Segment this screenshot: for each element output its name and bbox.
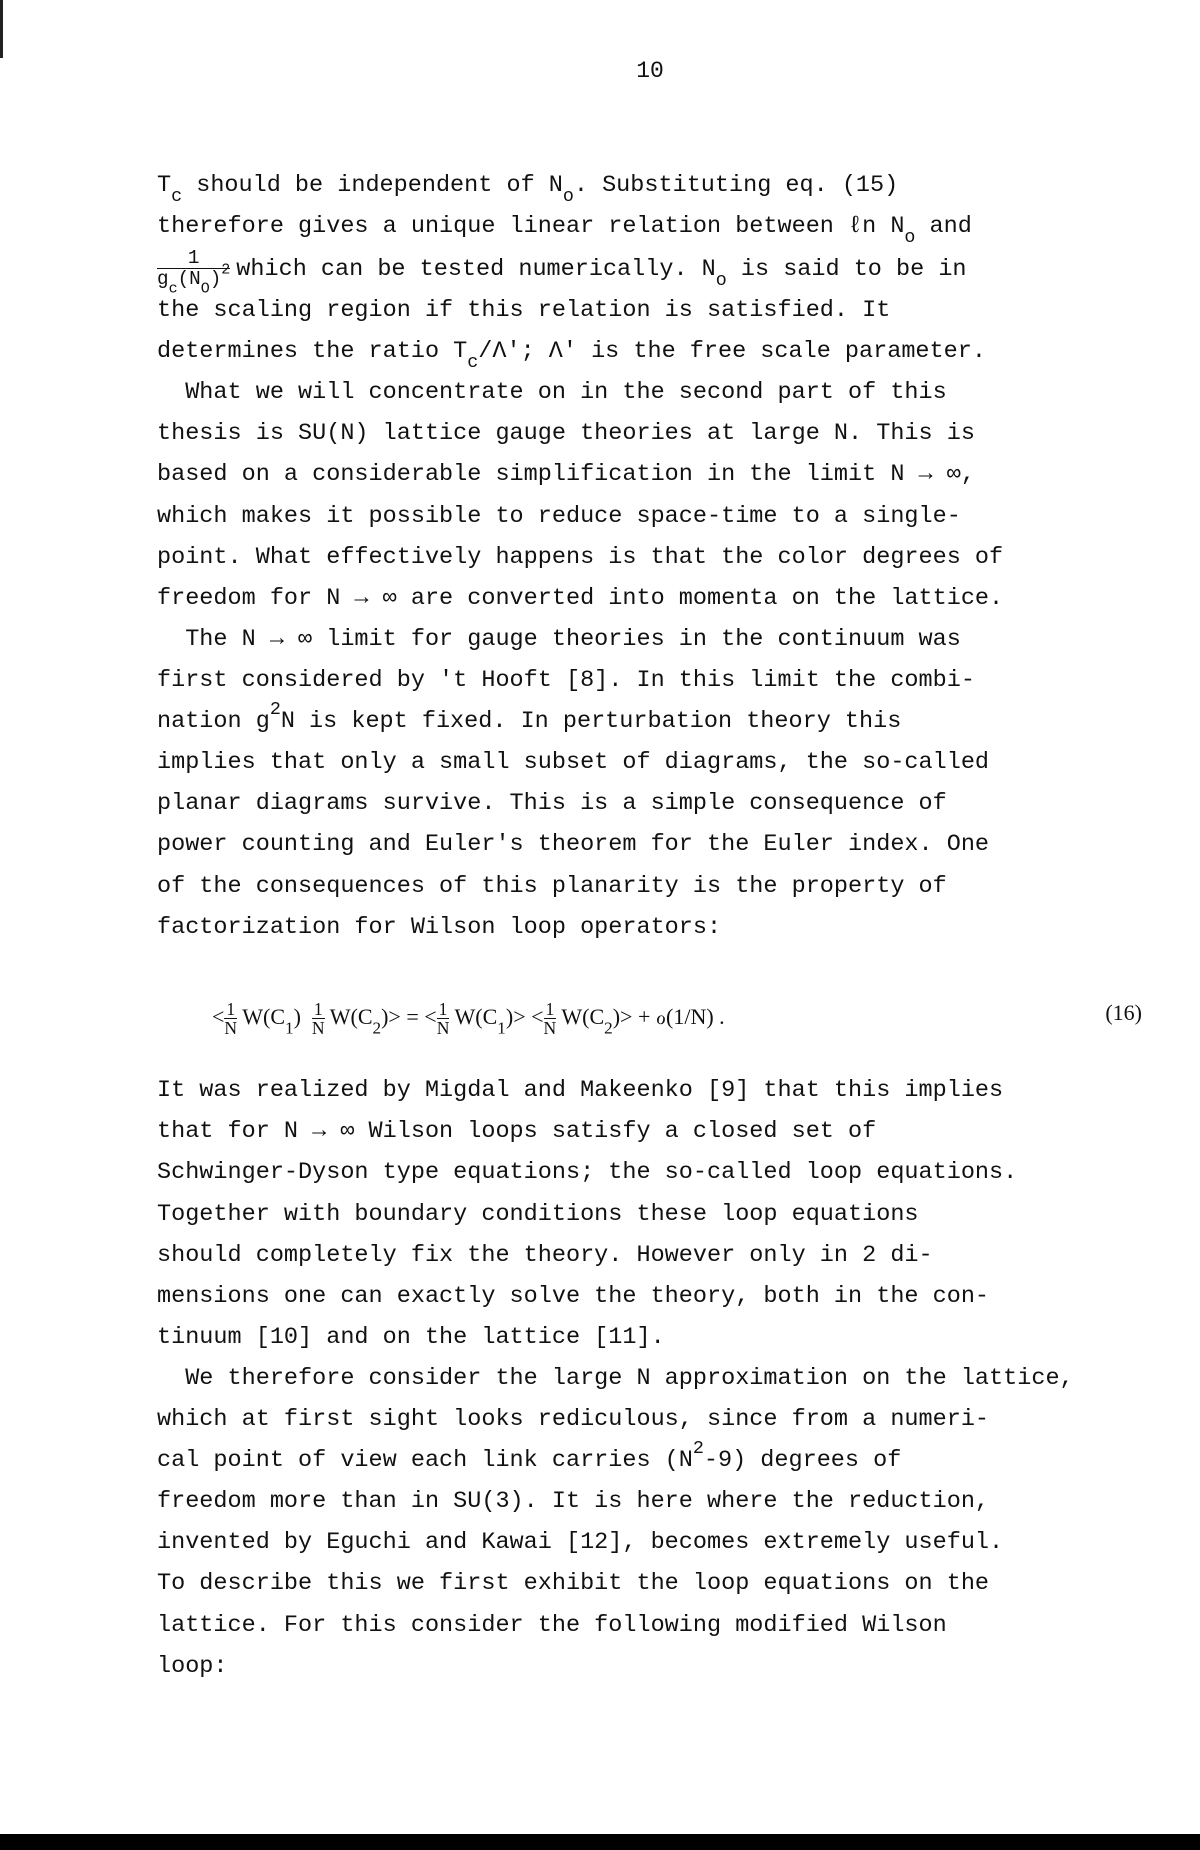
para4-line-5: should completely fix the theory. Howeve… — [157, 1235, 933, 1276]
para2-line-2: thesis is SU(N) lattice gauge theories a… — [157, 413, 975, 454]
para1-line3: 1gc(NO)2which can be tested numerically.… — [157, 248, 967, 289]
para2-line-5: point. What effectively happens is that … — [157, 537, 1003, 578]
para3-line2: first considered by 't Hooft [8]. In thi… — [157, 660, 975, 701]
scan-bottom-border — [0, 1834, 1200, 1850]
para3-line-2: planar diagrams survive. This is a simpl… — [157, 783, 947, 824]
para5-line3: cal point of view each link carries (N2-… — [157, 1440, 901, 1481]
para4-line-2: that for N → ∞ Wilson loops satisfy a cl… — [157, 1111, 876, 1152]
para5-line2: which at first sight looks rediculous, s… — [157, 1399, 989, 1440]
para4-line-3: Schwinger-Dyson type equations; the so-c… — [157, 1152, 1017, 1193]
para3-line1: The N → ∞ limit for gauge theories in th… — [157, 619, 961, 660]
para3-line-4: of the consequences of this planarity is… — [157, 866, 947, 907]
para4-line-1: It was realized by Migdal and Makeenko [… — [157, 1070, 1003, 1111]
para3-line-5: factorization for Wilson loop operators: — [157, 907, 721, 948]
para2-line-1: What we will concentrate on in the secon… — [157, 372, 947, 413]
para5-line-2: invented by Eguchi and Kawai [12], becom… — [157, 1522, 1003, 1563]
para4-line-4: Together with boundary conditions these … — [157, 1194, 919, 1235]
para3-line3: nation g2N is kept fixed. In perturbatio… — [157, 701, 901, 742]
para4-line-7: tinuum [10] and on the lattice [11]. — [157, 1317, 665, 1358]
page-number: 10 — [0, 58, 1200, 84]
para2-line-3: based on a considerable simplification i… — [157, 454, 975, 495]
para1-line5: determines the ratio Tc/Λ'; Λ' is the fr… — [157, 331, 986, 372]
para1-line1: Tc should be independent of No. Substitu… — [157, 165, 898, 206]
para2-line-4: which makes it possible to reduce space-… — [157, 496, 961, 537]
para1-line4: the scaling region if this relation is s… — [157, 290, 890, 331]
para2-line-6: freedom for N → ∞ are converted into mom… — [157, 578, 1003, 619]
para5-line-1: freedom more than in SU(3). It is here w… — [157, 1481, 989, 1522]
para5-line-4: lattice. For this consider the following… — [157, 1605, 947, 1646]
para3-line-3: power counting and Euler's theorem for t… — [157, 824, 989, 865]
para3-line-1: implies that only a small subset of diag… — [157, 742, 989, 783]
para5-line1: We therefore consider the large N approx… — [157, 1358, 1074, 1399]
para5-line-3: To describe this we first exhibit the lo… — [157, 1563, 989, 1604]
scan-edge-artifact — [0, 0, 3, 58]
para4-line-6: mensions one can exactly solve the theor… — [157, 1276, 989, 1317]
fraction-1-over-gc: 1gc(NO)2 — [157, 248, 230, 289]
para5-line-5: loop: — [157, 1646, 228, 1687]
equation-number: (16) — [1105, 1000, 1142, 1026]
para1-line2: therefore gives a unique linear relation… — [157, 206, 972, 247]
equation-16: <1N W(C1) 1N W(C2)> = <1N W(C1)> <1N W(C… — [212, 1000, 1152, 1038]
